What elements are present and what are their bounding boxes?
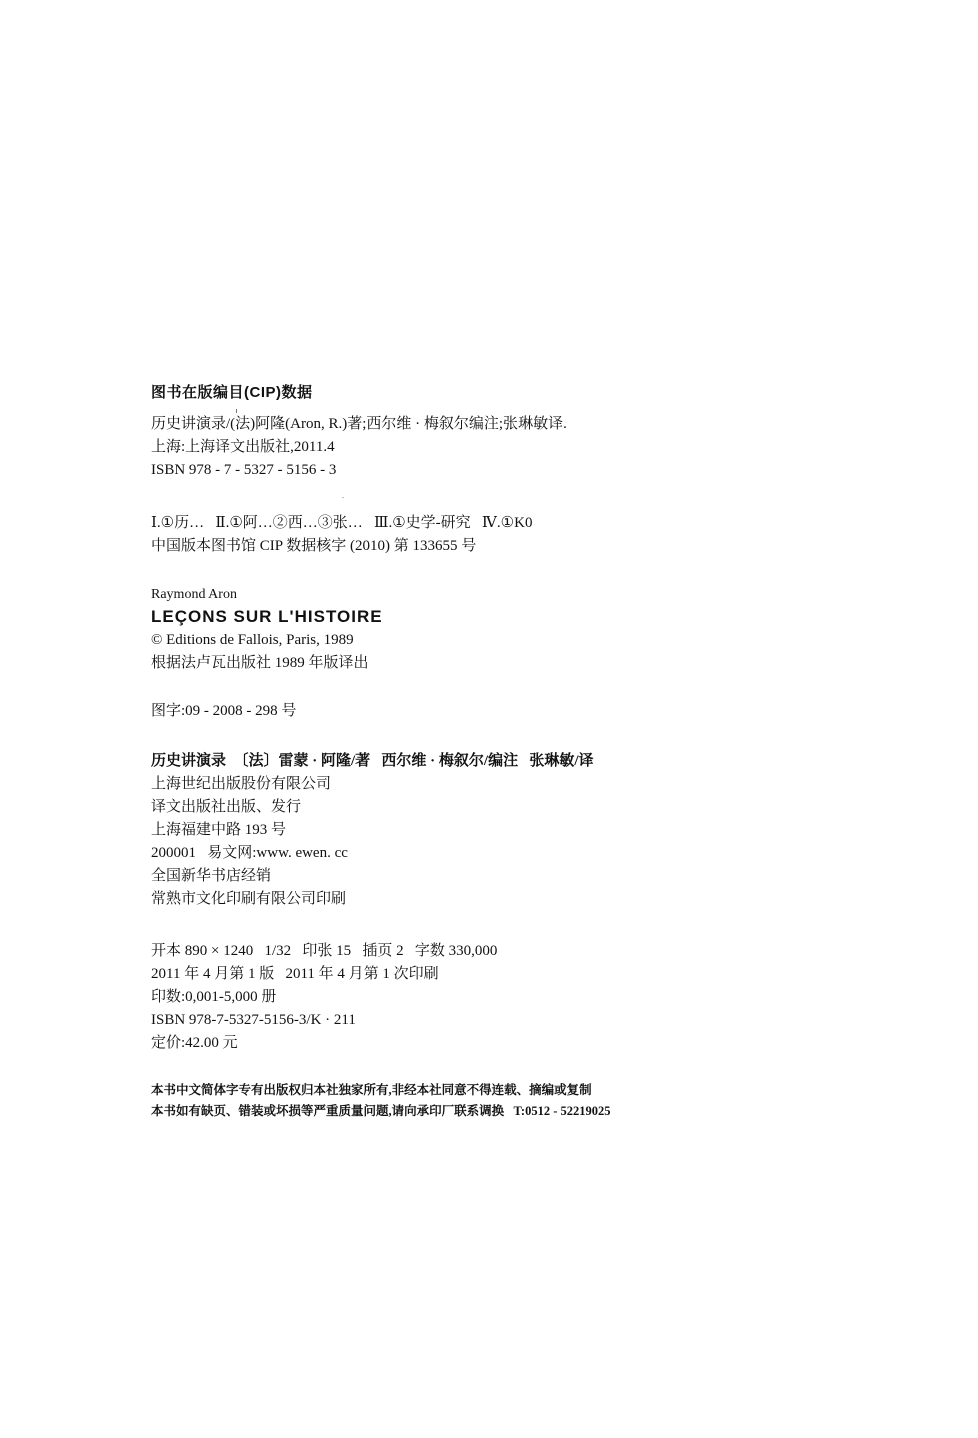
notices-section: 本书中文简体字专有出版权归本社独家所有,非经本社同意不得连载、摘编或复制 本书如… xyxy=(151,1080,611,1122)
original-edition: Raymond Aron LEÇONS SUR L'HISTOIRE © Edi… xyxy=(151,585,383,675)
cip-verification: 中国版本图书馆 CIP 数据核字 (2010) 第 133655 号 xyxy=(151,535,532,558)
original-title: LEÇONS SUR L'HISTOIRE xyxy=(151,605,383,629)
imprint-line: 全国新华书店经销 xyxy=(151,865,594,888)
imprint-line: 上海世纪出版股份有限公司 xyxy=(151,773,594,796)
imprint-line-printer: 常熟市文化印刷有限公司印刷 xyxy=(151,888,594,911)
cip-heading: 图书在版编目(CIP)数据 xyxy=(151,381,313,404)
spec-isbn: ISBN 978-7-5327-5156-3/K · 211 xyxy=(151,1009,497,1032)
original-author: Raymond Aron xyxy=(151,585,383,605)
cip-record: 历史讲演录/(法)阿隆(Aron, R.)著;西尔维 · 梅叙尔编注;张琳敏译.… xyxy=(151,413,567,482)
spec-print-run: 印数:0,001-5,000 册 xyxy=(151,986,497,1009)
copyright-notice: 本书中文简体字专有出版权归本社独家所有,非经本社同意不得连载、摘编或复制 xyxy=(151,1080,611,1101)
cip-line-publisher: 上海:上海译文出版社,2011.4 xyxy=(151,436,567,459)
cip-classification-block: Ⅰ.①历… Ⅱ.①阿…②西…③张… Ⅲ.①史学-研究 Ⅳ.①K0 中国版本图书馆… xyxy=(151,512,532,558)
specs-section: 开本 890 × 1240 1/32 印张 15 插页 2 字数 330,000… xyxy=(151,940,497,1055)
imprint-line: 译文出版社出版、发行 xyxy=(151,796,594,819)
quality-notice: 本书如有缺页、错装或坏损等严重质量问题,请向承印厂联系调换 T:0512 - 5… xyxy=(151,1101,611,1122)
imprint-section: 历史讲演录 〔法〕雷蒙 · 阿隆/著 西尔维 · 梅叙尔/编注 张琳敏/译 上海… xyxy=(151,750,594,911)
contract-section: 图字:09 - 2008 - 298 号 xyxy=(151,700,296,723)
cip-line-title: 历史讲演录/(法)阿隆(Aron, R.)著;西尔维 · 梅叙尔编注;张琳敏译. xyxy=(151,413,567,436)
imprint-credit-line: 历史讲演录 〔法〕雷蒙 · 阿隆/著 西尔维 · 梅叙尔/编注 张琳敏/译 xyxy=(151,750,594,773)
spec-edition: 2011 年 4 月第 1 版 2011 年 4 月第 1 次印刷 xyxy=(151,963,497,986)
stray-mark xyxy=(342,497,344,498)
spec-price: 定价:42.00 元 xyxy=(151,1032,497,1055)
translation-note: 根据法卢瓦出版社 1989 年版译出 xyxy=(151,652,383,675)
original-copyright: © Editions de Fallois, Paris, 1989 xyxy=(151,629,383,652)
imprint-line-website: 200001 易文网:www. ewen. cc xyxy=(151,842,594,865)
contract-number: 图字:09 - 2008 - 298 号 xyxy=(151,700,296,723)
cip-line-isbn: ISBN 978 - 7 - 5327 - 5156 - 3 xyxy=(151,459,567,482)
spec-format: 开本 890 × 1240 1/32 印张 15 插页 2 字数 330,000 xyxy=(151,940,497,963)
cip-section: 图书在版编目(CIP)数据 xyxy=(151,381,313,404)
cip-classification: Ⅰ.①历… Ⅱ.①阿…②西…③张… Ⅲ.①史学-研究 Ⅳ.①K0 xyxy=(151,512,532,535)
imprint-line: 上海福建中路 193 号 xyxy=(151,819,594,842)
